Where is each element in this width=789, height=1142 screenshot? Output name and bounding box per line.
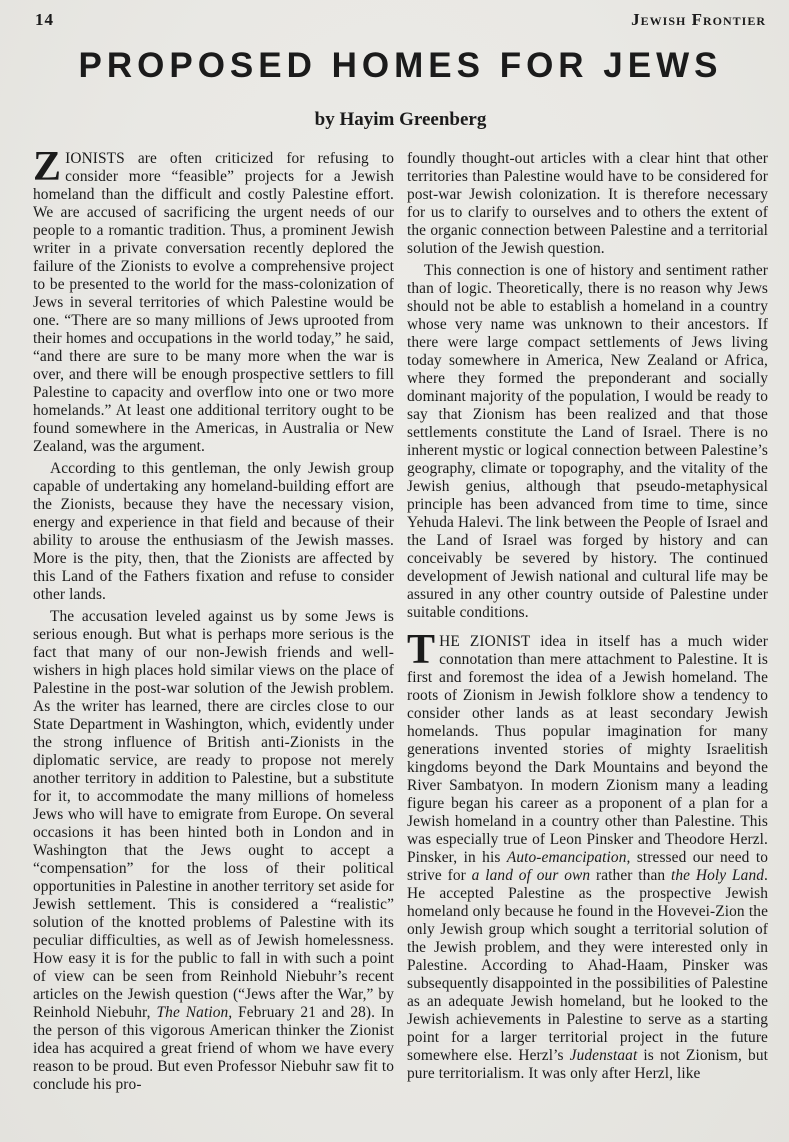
- drop-cap: Z: [33, 150, 65, 184]
- text-run: Judenstaat: [570, 1047, 638, 1064]
- article-title: PROPOSED HOMES FOR JEWS: [33, 46, 768, 86]
- paragraph: The accusation leveled against us by som…: [33, 608, 394, 1094]
- paragraph: THE ZIONIST idea in itself has a much wi…: [407, 633, 768, 1083]
- text-run: rather than: [590, 867, 671, 884]
- article-byline: by Hayim Greenberg: [33, 109, 768, 131]
- text-run: foundly thought-out articles with a clea…: [407, 150, 768, 257]
- article-body: ZIONISTS are often criticized for refusi…: [33, 150, 768, 1098]
- drop-cap: T: [407, 633, 439, 667]
- paragraph: foundly thought-out articles with a clea…: [407, 150, 768, 258]
- paragraph: ZIONISTS are often criticized for refusi…: [33, 150, 394, 456]
- magazine-page: 14 Jewish Frontier PROPOSED HOMES FOR JE…: [0, 0, 789, 1142]
- paragraph: According to this gentleman, the only Je…: [33, 460, 394, 604]
- text-run: According to this gentleman, the only Je…: [33, 460, 394, 603]
- text-run: Auto-emancipation,: [507, 849, 631, 866]
- text-run: The Nation,: [157, 1004, 233, 1021]
- journal-name: Jewish Frontier: [631, 10, 766, 30]
- text-run: This connection is one of history and se…: [407, 262, 768, 621]
- paragraph: This connection is one of history and se…: [407, 262, 768, 622]
- column-right: foundly thought-out articles with a clea…: [407, 150, 768, 1098]
- column-left: ZIONISTS are often criticized for refusi…: [33, 150, 394, 1098]
- page-number: 14: [35, 10, 54, 30]
- text-run: HE ZIONIST idea in itself has a much wid…: [407, 633, 768, 866]
- text-run: IONISTS are often criticized for refusin…: [33, 150, 394, 455]
- text-run: a land of our own: [472, 867, 591, 884]
- text-run: The accusation leveled against us by som…: [33, 608, 394, 1021]
- text-run: the Holy Land: [671, 867, 764, 884]
- text-run: . He accepted Palestine as the prospecti…: [407, 867, 768, 1064]
- running-head: 14 Jewish Frontier: [33, 10, 768, 30]
